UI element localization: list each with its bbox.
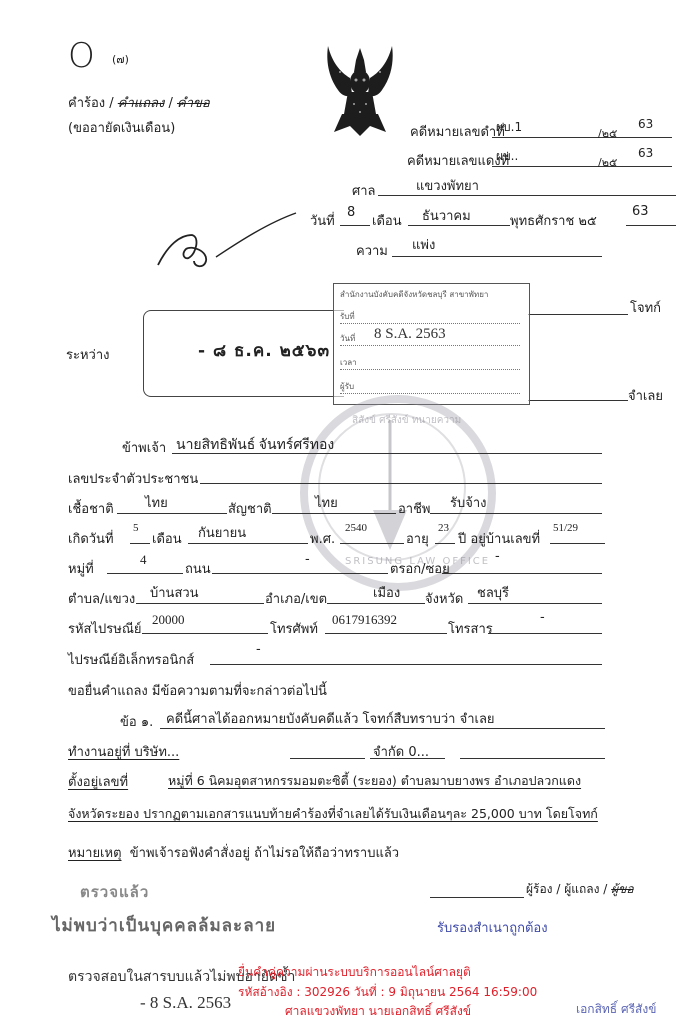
month-value: ธันวาคม [422,205,471,226]
signature-role-text: ผู้ร้อง / ผู้แถลง / [526,882,611,896]
year-label: พุทธศักราช ๒๕ [510,210,597,231]
matter-label: ความ [356,240,388,261]
form-type: คำร้อง / คำแถลง / คำขอ [68,92,210,113]
check-stamp-title: ตรวจแล้ว [80,880,149,904]
nationality-label: สัญชาติ [228,498,272,519]
age-label: อายุ [406,528,429,549]
district-value: เมือง [373,582,400,603]
black-case-year-prefix: /๒๕ [598,124,617,142]
plaintiff-label: โจทก์ [630,297,661,318]
stamp-office: สำนักงานบังคับคดีจังหวัดชลบุรี สาขาพัทยา [340,288,488,301]
date-label: วันที่ [310,210,335,231]
subdistrict-value: บ้านสวน [150,582,199,603]
clause-line-1: คดีนี้ศาลได้ออกหมายบังคับคดีแล้ว โจทก์สื… [166,708,495,729]
soi-label: ตรอก/ซอย [390,558,450,579]
between-label: ระหว่าง [66,344,109,365]
body-intro: ขอยื่นคำแถลง มีข้อความตามที่จะกล่าวต่อไป… [68,680,327,701]
age-value: 23 [438,522,449,534]
date-value: 8 [347,205,355,220]
stamp-receiver-row: ผู้รับ [340,380,520,394]
email-value: - [256,642,261,657]
birth-day-value: 5 [133,522,139,534]
race-label: เชื้อชาติ [68,498,114,519]
province-label: จังหวัด [425,588,463,609]
received-date-stamp: - ๘ ธ.ค. ๒๕๖๓ [198,337,330,364]
check-date: - 8 S.A. 2563 [140,993,231,1013]
clause-line-2-employer: ทำงานอยู่ที่ บริษัท... [68,741,179,762]
stamp-date-label: วันที่ [340,334,355,343]
birth-year-label: พ.ศ. [310,528,335,549]
district-label: อำเภอ/เขต [265,588,327,609]
birth-month-value: กันยายน [198,522,246,543]
signature-role: ผู้ร้อง / ผู้แถลง / ผู้ขอ [526,880,634,899]
red-case-label: คดีหมายเลขแดงที่ [407,150,509,171]
matter-value: แพ่ง [412,234,435,255]
garuda-emblem-icon [320,42,400,140]
black-case-label: คดีหมายเลขดำที่ [410,121,505,142]
house-label: ปี อยู่บ้านเลขที่ [458,528,540,549]
moo-value: 4 [140,552,147,568]
form-subtitle: (ขออายัดเงินเดือน) [68,117,175,138]
province-value: ชลบุรี [477,582,509,603]
seal-top-text: สิสังข์ ศรีสังข์ ทนายความ [352,413,461,428]
postal-label: รหัสไปรษณีย์ [68,618,142,639]
online-filing-line-1: ยื่นคำคู่ความผ่านระบบบริการออนไลน์ศาลยุต… [238,963,471,982]
phone-value: 0617916392 [332,612,397,628]
form-number: (๗) [112,50,129,68]
red-case-number: ผบ.. [496,147,518,166]
red-case-year-prefix: /๒๕ [598,153,617,171]
postal-value: 20000 [152,612,185,628]
moo-label: หมู่ที่ [68,558,94,579]
phone-label: โทรศัพท์ [270,618,318,639]
birth-year-value: 2540 [345,522,367,534]
receipt-stamp: สำนักงานบังคับคดีจังหวัดชลบุรี สาขาพัทยา… [333,283,530,405]
form-type-statement-struck: คำแถลง [118,96,165,111]
handwritten-signature-icon [150,205,300,275]
form-mark: O [68,36,95,76]
clause-line-3-address-label: ตั้งอยู่เลขที่ [68,771,128,792]
birth-day-label: เกิดวันที่ [68,528,114,549]
stamp-date-value: 8 S.A. 2563 [374,326,446,343]
note-text: ข้าพเจ้ารอฟังคำสั่งอยู่ ถ้าไม่รอให้ถือว่… [130,846,399,861]
online-filing-court: ศาลแขวงพัทยา นายเอกสิทธิ์ ศรีสังข์ [285,1002,471,1021]
signer-name: เอกสิทธิ์ ศรีสังข์ [576,1000,656,1019]
form-type-claim-struck: คำขอ [177,96,210,111]
check-stamp-bankruptcy: ไม่พบว่าเป็นบุคคลล้มละลาย [52,912,276,939]
fax-label: โทรสาร [448,618,493,639]
red-case-year: 63 [638,146,653,160]
soi-value: - [495,549,500,564]
stamp-time-label: เวลา [340,358,357,367]
road-label: ถนน [185,558,211,579]
occupation-label: อาชีพ [398,498,431,519]
clause-line-2-company-suffix: จำกัด 0... [373,741,429,762]
black-case-year: 63 [638,117,653,131]
subdistrict-label: ตำบล/แขวง [68,588,135,609]
stamp-received-label: รับที่ [340,312,355,321]
nationality-value: ไทย [315,492,338,513]
defendant-label: จำเลย [628,385,663,406]
online-filing-reference: รหัสอ้างอิง : 302926 วันที่ : 9 มิถุนายน… [238,983,537,1002]
birth-month-label: เดือน [152,528,182,549]
stamp-time-row: เวลา [340,356,520,370]
form-type-separator: / [164,96,177,111]
month-label: เดือน [372,210,402,231]
applicant-name-label: ข้าพเจ้า [122,437,166,458]
note: หมายเหตุ ข้าพเจ้ารอฟังคำสั่งอยู่ ถ้าไม่ร… [68,842,399,863]
id-label: เลขประจำตัวประชาชน [68,468,198,489]
clause-label: ข้อ ๑. [120,711,153,732]
year-value: 63 [632,204,649,219]
race-value: ไทย [145,492,168,513]
court-label: ศาล [352,180,376,201]
clause-line-4: จังหวัดระยอง ปรากฏตามเอกสารแนบท้ายคำร้อง… [68,804,598,824]
form-type-request: คำร้อง / [68,96,118,111]
fax-value: - [540,610,545,625]
black-case-number: ผบ.1 [496,118,522,137]
certified-copy: รับรองสำเนาถูกต้อง [437,917,548,938]
note-label: หมายเหตุ [68,846,122,861]
clause-line-3-address: หมู่ที่ 6 นิคมอุตสาหกรรมอมตะซิตี้ (ระยอง… [168,771,581,791]
applicant-name: นายสิทธิพันธ์ จันทร์ศรีทอง [176,434,334,456]
occupation-value: รับจ้าง [450,492,487,513]
road-value: - [305,552,310,567]
stamp-receiver-label: ผู้รับ [340,382,354,391]
stamp-received-row: รับที่ [340,310,520,324]
signature-role-struck: ผู้ขอ [611,882,633,896]
house-value: 51/29 [553,522,578,534]
court-value: แขวงพัทยา [416,175,479,196]
email-label: ไปรษณีย์อิเล็กทรอนิกส์ [68,649,194,670]
